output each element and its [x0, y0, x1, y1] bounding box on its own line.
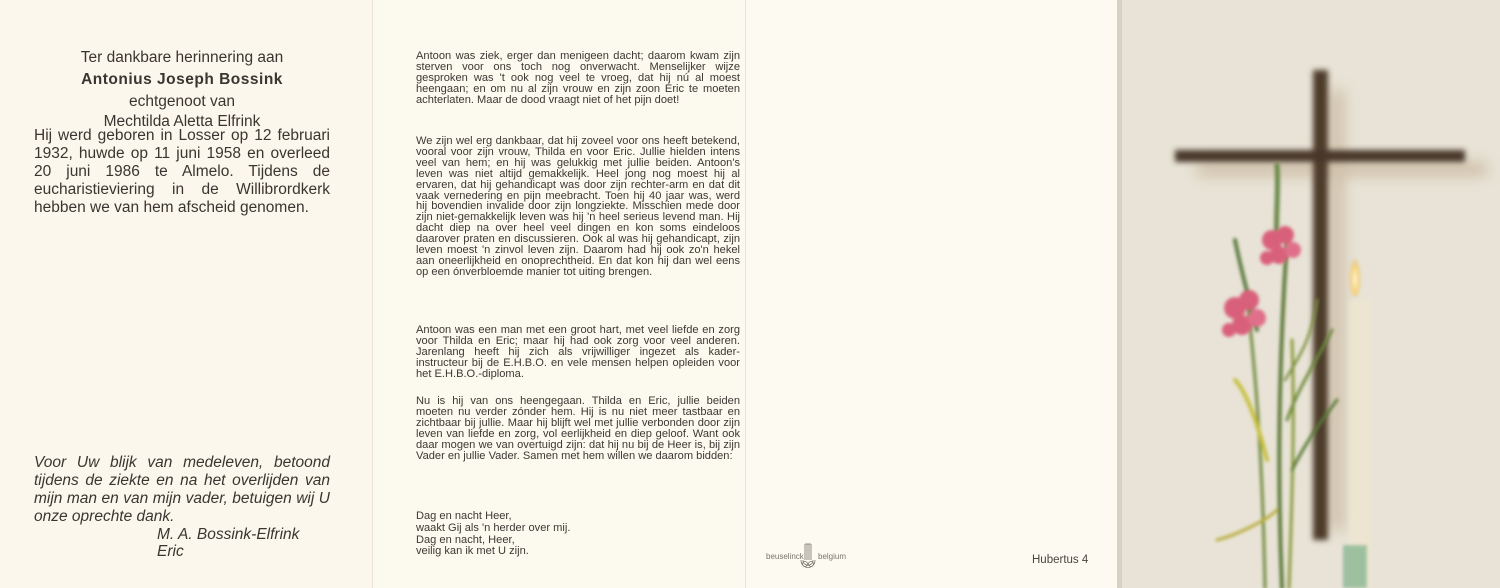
relation-line: echtgenoot van — [34, 92, 330, 112]
prayer-verse: Dag en nacht Heer, waakt Gij als 'n herd… — [416, 511, 570, 558]
eulogy-paragraph-2: We zijn wel erg dankbaar, dat hij zoveel… — [416, 136, 740, 278]
card-code: Hubertus 4 — [1032, 554, 1088, 566]
fold-line — [745, 0, 746, 588]
publisher-right-text: belgium — [818, 552, 846, 561]
panel-back — [745, 0, 1117, 588]
cross-flower-photo — [1117, 0, 1500, 588]
eulogy-paragraph-3: Antoon was een man met een groot hart, m… — [416, 325, 740, 380]
bio-paragraph: Hij werd geboren in Losser op 12 februar… — [34, 127, 330, 217]
signature-2: Eric — [157, 543, 299, 560]
intro-line: Ter dankbare herinnering aan — [34, 48, 330, 68]
eulogy-paragraph-4: Nu is hij van ons heengegaan. Thilda en … — [416, 396, 740, 461]
publisher-emblem-icon — [798, 542, 818, 574]
fold-line — [372, 0, 373, 588]
photo-panel — [1117, 0, 1500, 588]
panel-front-text: Ter dankbare herinnering aan Antonius Jo… — [0, 0, 372, 588]
paragraph-text: We zijn wel erg dankbaar, dat hij zoveel… — [416, 136, 740, 278]
paragraph-text: Antoon was ziek, erger dan menigeen dach… — [416, 51, 740, 106]
deceased-name: Antonius Joseph Bossink — [34, 70, 330, 90]
dedication-block: Ter dankbare herinnering aan Antonius Jo… — [34, 48, 330, 132]
prayer-line: veilig kan ik met U zijn. — [416, 546, 570, 558]
publisher-logo: beuselinck belgium — [766, 542, 846, 576]
paragraph-text: Antoon was een man met een groot hart, m… — [416, 325, 740, 380]
signatures: M. A. Bossink-Elfrink Eric — [157, 526, 299, 560]
paragraph-text: Nu is hij van ons heengegaan. Thilda en … — [416, 396, 740, 461]
prayer-line: waakt Gij als 'n herder over mij. — [416, 523, 570, 535]
thanks-paragraph: Voor Uw blijk van medeleven, betoond tij… — [34, 454, 330, 526]
signature-1: M. A. Bossink-Elfrink — [157, 526, 299, 543]
eulogy-paragraph-1: Antoon was ziek, erger dan menigeen dach… — [416, 51, 740, 106]
